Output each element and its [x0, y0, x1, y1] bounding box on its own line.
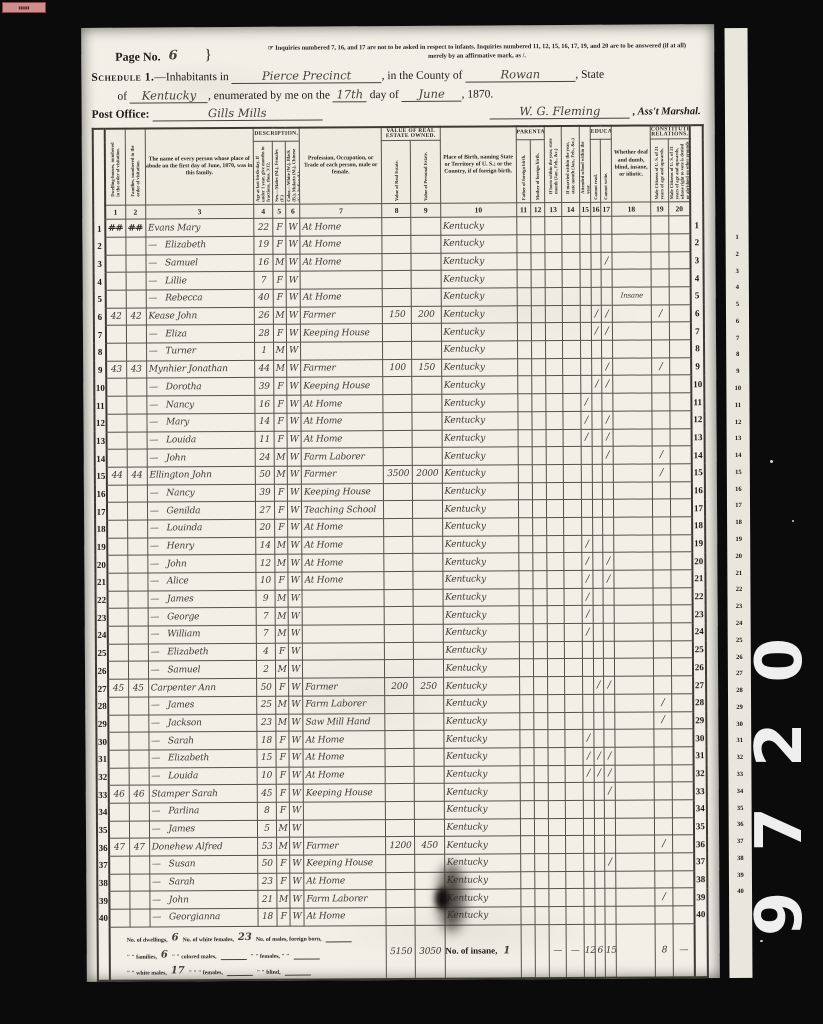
column-number-4: 4 — [254, 205, 273, 219]
cell-m16 — [592, 446, 602, 464]
cell-m12 — [531, 235, 545, 253]
cell-sex: F — [277, 908, 290, 926]
cell-m12 — [534, 836, 548, 854]
footer-gutter-right — [694, 923, 708, 977]
cell-m15: / — [583, 747, 594, 765]
row-number-left: 24 — [96, 626, 108, 644]
cell-m11 — [520, 783, 534, 801]
cell-m11 — [518, 429, 532, 447]
cell-m14 — [562, 305, 580, 323]
cell-occ: Farm Laborer — [301, 448, 383, 466]
cell-m12 — [533, 571, 547, 589]
footer-col11 — [521, 924, 535, 978]
row-number-right: 18 — [692, 517, 705, 535]
cell-color: W — [286, 218, 300, 236]
row-number-left: 8 — [94, 343, 106, 361]
row-number-left: 22 — [96, 591, 108, 609]
column-number-14: 14 — [562, 203, 580, 217]
cell-fam: 47 — [129, 838, 149, 856]
cell-m13 — [549, 871, 566, 889]
cell-m19 — [653, 570, 671, 588]
cell-m19 — [652, 340, 670, 358]
cell-m15: / — [582, 535, 593, 553]
school-total: 12 — [584, 924, 595, 978]
cell-m15: / — [582, 606, 593, 624]
cell-m14 — [564, 623, 582, 641]
cell-m12 — [533, 641, 547, 659]
cell-m12 — [533, 606, 547, 624]
cell-dw — [107, 485, 127, 503]
edge-row-number: 5 — [726, 301, 749, 308]
edge-row-number: 17 — [727, 502, 750, 509]
insane-count: 1 — [503, 946, 510, 957]
cell-m16 — [593, 641, 603, 659]
cell-color: W — [286, 236, 300, 254]
cell-m20 — [671, 534, 692, 552]
cell-m17 — [601, 216, 612, 234]
cell-real — [384, 501, 413, 519]
cell-m11 — [518, 465, 532, 483]
cell-name: — George — [148, 608, 256, 626]
row-number-right: 13 — [691, 428, 704, 446]
cell-name: Carpenter Ann — [148, 679, 256, 697]
cell-m12 — [532, 394, 546, 412]
state-value: Kentucky — [130, 88, 208, 103]
cell-sex: F — [275, 643, 288, 661]
cell-m13 — [547, 553, 564, 571]
real-estate-total: 5150 — [386, 925, 415, 979]
cell-m14 — [562, 287, 580, 305]
cell-m13 — [545, 270, 562, 288]
cell-birth: Kentucky — [441, 376, 517, 394]
cell-fam — [126, 343, 146, 361]
cell-fam — [127, 502, 147, 520]
cell-dw — [108, 662, 128, 680]
cell-birth: Kentucky — [443, 624, 519, 642]
cell-m16 — [591, 217, 601, 235]
cell-dw — [106, 290, 126, 308]
cell-m20 — [670, 304, 691, 322]
cell-fam — [126, 255, 146, 273]
cell-m11 — [520, 748, 534, 766]
cell-m18 — [614, 552, 653, 570]
cell-m15 — [581, 447, 592, 465]
cell-m13 — [545, 217, 562, 235]
cell-m14 — [565, 818, 583, 836]
row-number-left: 29 — [96, 715, 108, 733]
cell-occ: Keeping House — [304, 855, 386, 873]
row-number-right: 25 — [693, 640, 706, 658]
group-parentage: PARENTAGE. — [516, 126, 544, 140]
cell-name: — Nancy — [147, 484, 255, 502]
cell-m17 — [602, 499, 613, 517]
row-number-left: 27 — [96, 679, 108, 697]
cell-m11 — [518, 482, 532, 500]
cell-fam — [128, 573, 148, 591]
county-label: , in the County of — [382, 70, 463, 82]
cell-m17: / — [601, 252, 612, 270]
cell-m20 — [672, 782, 693, 800]
cell-m13 — [547, 571, 564, 589]
cell-m11 — [518, 500, 532, 518]
cell-m15 — [582, 659, 593, 677]
cell-color: W — [289, 802, 303, 820]
cell-pers — [414, 713, 443, 731]
cell-m14 — [562, 252, 580, 270]
cell-sex: F — [273, 325, 286, 343]
cell-fam — [127, 485, 147, 503]
film-speck — [770, 460, 773, 463]
cell-m20 — [671, 517, 692, 535]
cell-birth: Kentucky — [441, 306, 517, 324]
cell-m20 — [672, 658, 693, 676]
cell-name: — Sarah — [149, 732, 257, 750]
cell-sex: M — [275, 625, 288, 643]
cell-sex: M — [275, 590, 288, 608]
cell-name: — Sarah — [149, 873, 257, 891]
cell-age: 26 — [254, 307, 273, 325]
cell-fam — [130, 909, 150, 927]
cell-m11 — [518, 535, 532, 553]
row-number-right: 19 — [692, 534, 705, 552]
cell-m19: / — [652, 358, 670, 376]
cell-birth: Kentucky — [443, 642, 519, 660]
row-number-right: 2 — [690, 234, 703, 252]
cell-m20 — [670, 340, 691, 358]
cell-color: W — [289, 714, 303, 732]
row-number-left: 36 — [97, 839, 109, 857]
cell-m12 — [531, 288, 545, 306]
cell-age: 40 — [254, 289, 273, 307]
edge-row-number: 15 — [727, 469, 750, 476]
month-value: June — [402, 87, 462, 102]
cell-occ — [303, 660, 385, 678]
cell-m13 — [549, 889, 566, 907]
cell-m11 — [519, 659, 533, 677]
cell-color: W — [290, 837, 304, 855]
cell-dw — [110, 909, 130, 927]
cell-m17 — [603, 606, 614, 624]
cell-m12 — [532, 500, 546, 518]
cell-birth: Kentucky — [442, 465, 518, 483]
brace-glyph: } — [205, 47, 212, 64]
cell-birth: Kentucky — [442, 518, 518, 536]
cell-m18 — [614, 641, 653, 659]
cell-m12 — [531, 305, 545, 323]
cell-color: W — [288, 554, 302, 572]
cell-age: 22 — [254, 219, 273, 237]
corner-watermark: ▮▮▮▮▮ — [2, 2, 46, 13]
row-number-left: 40 — [97, 909, 109, 927]
cell-m14 — [564, 553, 582, 571]
film-frame-number: 9720 — [722, 532, 823, 1002]
cell-name: Ellington John — [147, 466, 255, 484]
cell-real — [384, 554, 413, 572]
cell-birth: Kentucky — [444, 748, 520, 766]
cell-sex: M — [275, 537, 288, 555]
cell-m16 — [592, 393, 602, 411]
cell-m19 — [651, 287, 669, 305]
schedule-title-line2: of Kentucky, enumerated by me on the 17t… — [117, 85, 708, 104]
cell-pers — [411, 235, 440, 253]
cell-m19: / — [655, 835, 673, 853]
cell-real — [383, 288, 412, 306]
cell-dw — [109, 803, 129, 821]
cell-name: — John — [150, 891, 258, 909]
cell-fam — [129, 874, 149, 892]
cell-m18 — [615, 747, 654, 765]
cell-m12 — [534, 748, 548, 766]
cell-real — [384, 448, 413, 466]
cell-m20 — [672, 729, 693, 747]
cell-pers — [413, 518, 442, 536]
cell-real — [385, 748, 414, 766]
cell-pers — [414, 624, 443, 642]
cell-color: W — [288, 519, 302, 537]
col-header-born-month: If born within the year, state month (Ja… — [544, 126, 562, 203]
cell-m17 — [603, 659, 614, 677]
row-number-right: 26 — [693, 658, 706, 676]
tally-summary-block: No. of dwellings,6 No. of white females,… — [110, 925, 387, 980]
cell-age: 19 — [254, 236, 273, 254]
row-number-right: 14 — [691, 446, 704, 464]
row-number-left: 11 — [94, 396, 106, 414]
cell-dw — [108, 609, 128, 627]
cell-birth: Kentucky — [441, 270, 517, 288]
cell-m16 — [593, 588, 603, 606]
cell-fam — [128, 715, 148, 733]
row-number-left: 23 — [96, 609, 108, 627]
cell-name: — Nancy — [146, 396, 254, 414]
cell-m16 — [592, 500, 602, 518]
cell-m18 — [612, 269, 651, 287]
cell-sex: F — [275, 519, 288, 537]
tally-footer-row: No. of dwellings,6 No. of white females,… — [98, 923, 708, 980]
cell-m11 — [519, 606, 533, 624]
row-number-right: 32 — [693, 764, 706, 782]
cell-pers — [411, 218, 440, 236]
row-number-right: 12 — [691, 410, 704, 428]
cell-pers — [413, 430, 442, 448]
cell-m16 — [592, 482, 602, 500]
cell-pers — [415, 801, 444, 819]
cell-m19 — [652, 375, 670, 393]
cell-m12 — [533, 659, 547, 677]
cell-m19 — [655, 871, 673, 889]
row-number-right: 35 — [694, 817, 707, 835]
cell-sex: F — [275, 501, 288, 519]
cell-m15 — [581, 376, 592, 394]
cell-pers — [415, 784, 444, 802]
cell-pers — [414, 660, 443, 678]
cell-real — [384, 483, 413, 501]
cell-m16 — [592, 464, 602, 482]
cell-m11 — [521, 889, 535, 907]
cell-sex: M — [273, 254, 286, 272]
edge-row-number: 2 — [726, 251, 749, 258]
cell-color: W — [287, 360, 301, 378]
cell-m14 — [563, 411, 581, 429]
cell-age: 21 — [258, 891, 277, 909]
cell-color: W — [289, 784, 303, 802]
cell-dw: ## — [105, 219, 125, 237]
cell-real — [386, 801, 415, 819]
cell-real — [385, 766, 414, 784]
cell-m13 — [546, 429, 563, 447]
cell-m19 — [652, 393, 670, 411]
cell-dw — [108, 644, 128, 662]
cell-age: 50 — [257, 678, 276, 696]
cell-m18 — [615, 711, 654, 729]
dwellings-count: 6 — [172, 932, 179, 943]
cell-dw — [106, 343, 126, 361]
cell-real: 100 — [383, 359, 412, 377]
cell-fam — [125, 237, 145, 255]
cell-m12 — [534, 801, 548, 819]
cell-m12 — [534, 783, 548, 801]
cell-m12 — [534, 818, 548, 836]
cell-fam — [129, 768, 149, 786]
cell-age: 50 — [255, 466, 274, 484]
cell-m20 — [671, 499, 692, 517]
cell-birth: Kentucky — [442, 553, 518, 571]
row-number-right: 24 — [693, 623, 706, 641]
cell-m19 — [653, 623, 671, 641]
cell-m11 — [519, 553, 533, 571]
row-number-left: 17 — [95, 503, 107, 521]
cell-m11 — [520, 854, 534, 872]
cell-birth: Kentucky — [440, 217, 516, 235]
cell-dw — [108, 732, 128, 750]
cell-real — [386, 908, 415, 926]
cell-fam — [126, 325, 146, 343]
cell-m18 — [615, 765, 654, 783]
cell-m18 — [615, 800, 654, 818]
cell-dw — [106, 379, 126, 397]
column-number-2: 2 — [125, 205, 145, 219]
cannot-write-total: 15 — [605, 924, 616, 978]
cell-m15 — [580, 217, 591, 235]
cell-real — [385, 607, 414, 625]
cell-sex: F — [276, 678, 289, 696]
cell-age: 44 — [255, 360, 274, 378]
cell-m14 — [566, 906, 584, 924]
row-number-left: 15 — [95, 467, 107, 485]
cell-color: W — [290, 908, 304, 926]
cell-m20 — [672, 747, 693, 765]
cell-occ: At Home — [300, 289, 382, 307]
cell-age: 10 — [257, 767, 276, 785]
cell-m19 — [655, 817, 673, 835]
cell-color: W — [287, 431, 301, 449]
cell-m14 — [565, 747, 583, 765]
cell-m14 — [563, 500, 581, 518]
cell-m12 — [535, 871, 549, 889]
cell-sex: F — [277, 873, 290, 891]
cell-m13 — [546, 394, 563, 412]
white-males-count: 17 — [171, 966, 185, 977]
cell-m16 — [593, 517, 603, 535]
cell-m16 — [595, 853, 605, 871]
cell-m12 — [533, 677, 547, 695]
cell-m18 — [613, 393, 652, 411]
cell-real — [383, 377, 412, 395]
cell-dw — [106, 396, 126, 414]
cell-birth: Kentucky — [441, 288, 517, 306]
cell-m13 — [545, 323, 562, 341]
row-number-left: 2 — [93, 237, 105, 255]
cell-m13 — [545, 252, 562, 270]
cell-pers — [414, 730, 443, 748]
cell-occ: At Home — [301, 395, 383, 413]
cell-color: W — [287, 484, 301, 502]
cell-birth: Kentucky — [441, 359, 517, 377]
cell-birth: Kentucky — [443, 695, 519, 713]
cell-m18 — [613, 358, 652, 376]
cell-m13 — [546, 482, 563, 500]
cell-m20 — [670, 446, 691, 464]
group-value: VALUE OF REAL ESTATE OWNED. — [382, 127, 440, 141]
cell-color: W — [286, 271, 300, 289]
cell-sex: M — [276, 714, 289, 732]
column-number-6: 6 — [286, 204, 300, 218]
row-number-right: 16 — [692, 481, 705, 499]
cell-birth: Kentucky — [442, 429, 518, 447]
col-header-birthplace: Place of Birth, naming State or Territor… — [440, 127, 517, 204]
cell-m11 — [517, 270, 531, 288]
cell-m18 — [612, 252, 651, 270]
col-header-color: Color.—White (W.), Black (B.), Mulatto (… — [285, 141, 299, 204]
cell-pers — [412, 324, 441, 342]
cell-m11 — [518, 518, 532, 536]
cell-real — [385, 695, 414, 713]
cell-m18 — [614, 570, 653, 588]
cell-m20 — [673, 870, 694, 888]
cell-m11 — [520, 818, 534, 836]
cell-m11 — [518, 412, 532, 430]
cell-birth: Kentucky — [441, 323, 517, 341]
cell-m12 — [533, 535, 547, 553]
cell-color: W — [287, 395, 301, 413]
cell-m15 — [584, 889, 595, 907]
col-header-married-month: If married within the year, state month … — [561, 126, 580, 203]
cell-m20 — [672, 711, 693, 729]
cell-dw: 44 — [107, 467, 127, 485]
cell-m11 — [521, 907, 535, 925]
cell-name: — Samuel — [146, 254, 254, 272]
page-number-value: 6 — [169, 49, 195, 65]
cell-m20 — [670, 393, 691, 411]
cell-m18 — [614, 588, 653, 606]
cell-m13 — [549, 854, 566, 872]
cell-m18 — [613, 375, 652, 393]
cell-age: 39 — [255, 378, 274, 396]
cell-color: W — [288, 590, 302, 608]
cell-m17 — [605, 836, 616, 854]
cell-m17: / — [601, 323, 612, 341]
cell-age: 50 — [258, 855, 277, 873]
cell-m16 — [593, 623, 603, 641]
cell-real — [384, 571, 413, 589]
schedule-label: Schedule 1. — [91, 72, 154, 84]
cell-m13 — [545, 305, 562, 323]
cell-m18 — [612, 234, 651, 252]
row-number-right: 29 — [693, 711, 706, 729]
cell-sex: F — [273, 272, 286, 290]
day-of-label: day of — [370, 89, 399, 101]
cell-color: W — [290, 891, 304, 909]
cell-occ: Saw Mill Hand — [303, 713, 385, 731]
